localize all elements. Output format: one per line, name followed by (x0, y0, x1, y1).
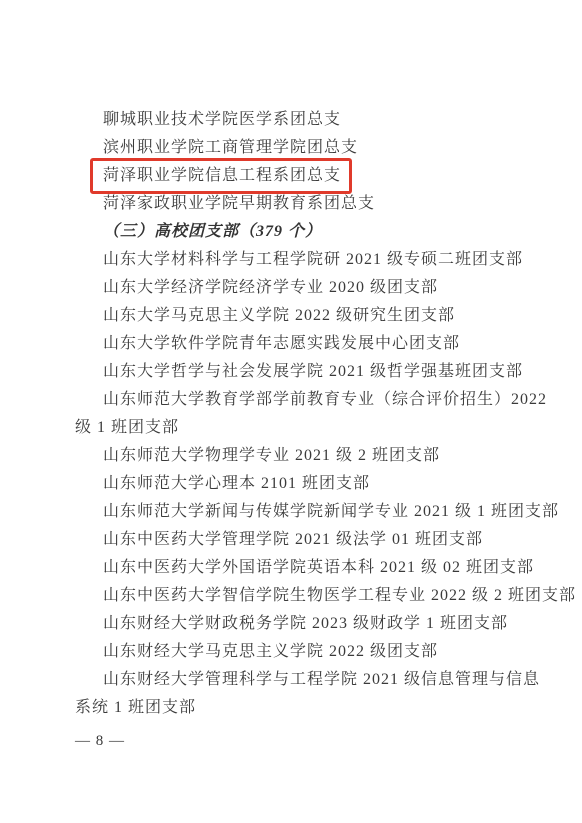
list-item: 系统 1 班团支部 (75, 694, 524, 722)
highlight-box: 菏泽职业学院信息工程系团总支 (90, 158, 352, 194)
document-body: 聊城职业技术学院医学系团总支滨州职业学院工商管理学院团总支菏泽职业学院信息工程系… (75, 106, 524, 722)
list-item: 山东财经大学管理科学与工程学院 2021 级信息管理与信息 (75, 666, 524, 694)
section-heading: （三）高校团支部（379 个） (75, 218, 524, 246)
list-item: 山东中医药大学智信学院生物医学工程专业 2022 级 2 班团支部 (75, 582, 524, 610)
list-item: 菏泽家政职业学院早期教育系团总支 (75, 190, 524, 218)
list-item: 山东师范大学新闻与传媒学院新闻学专业 2021 级 1 班团支部 (75, 498, 524, 526)
list-item: 山东大学材料科学与工程学院研 2021 级专硕二班团支部 (75, 246, 524, 274)
list-item: 山东大学软件学院青年志愿实践发展中心团支部 (75, 330, 524, 358)
list-item: 山东师范大学心理本 2101 班团支部 (75, 470, 524, 498)
highlighted-text: 菏泽职业学院信息工程系团总支 (103, 167, 341, 184)
list-item: 山东财经大学财政税务学院 2023 级财政学 1 班团支部 (75, 610, 524, 638)
list-item: 山东师范大学教育学部学前教育专业（综合评价招生）2022 (75, 386, 524, 414)
list-item: 菏泽职业学院信息工程系团总支 (75, 162, 524, 190)
list-item: 聊城职业技术学院医学系团总支 (75, 106, 524, 134)
page-number: — 8 — (75, 730, 125, 752)
list-item: 山东师范大学物理学专业 2021 级 2 班团支部 (75, 442, 524, 470)
document-page: 聊城职业技术学院医学系团总支滨州职业学院工商管理学院团总支菏泽职业学院信息工程系… (0, 0, 582, 823)
list-item: 山东财经大学马克思主义学院 2022 级团支部 (75, 638, 524, 666)
list-item: 山东中医药大学外国语学院英语本科 2021 级 02 班团支部 (75, 554, 524, 582)
list-item: 山东中医药大学管理学院 2021 级法学 01 班团支部 (75, 526, 524, 554)
list-item: 山东大学马克思主义学院 2022 级研究生团支部 (75, 302, 524, 330)
list-item: 山东大学哲学与社会发展学院 2021 级哲学强基班团支部 (75, 358, 524, 386)
list-item: 级 1 班团支部 (75, 414, 524, 442)
list-item: 山东大学经济学院经济学专业 2020 级团支部 (75, 274, 524, 302)
